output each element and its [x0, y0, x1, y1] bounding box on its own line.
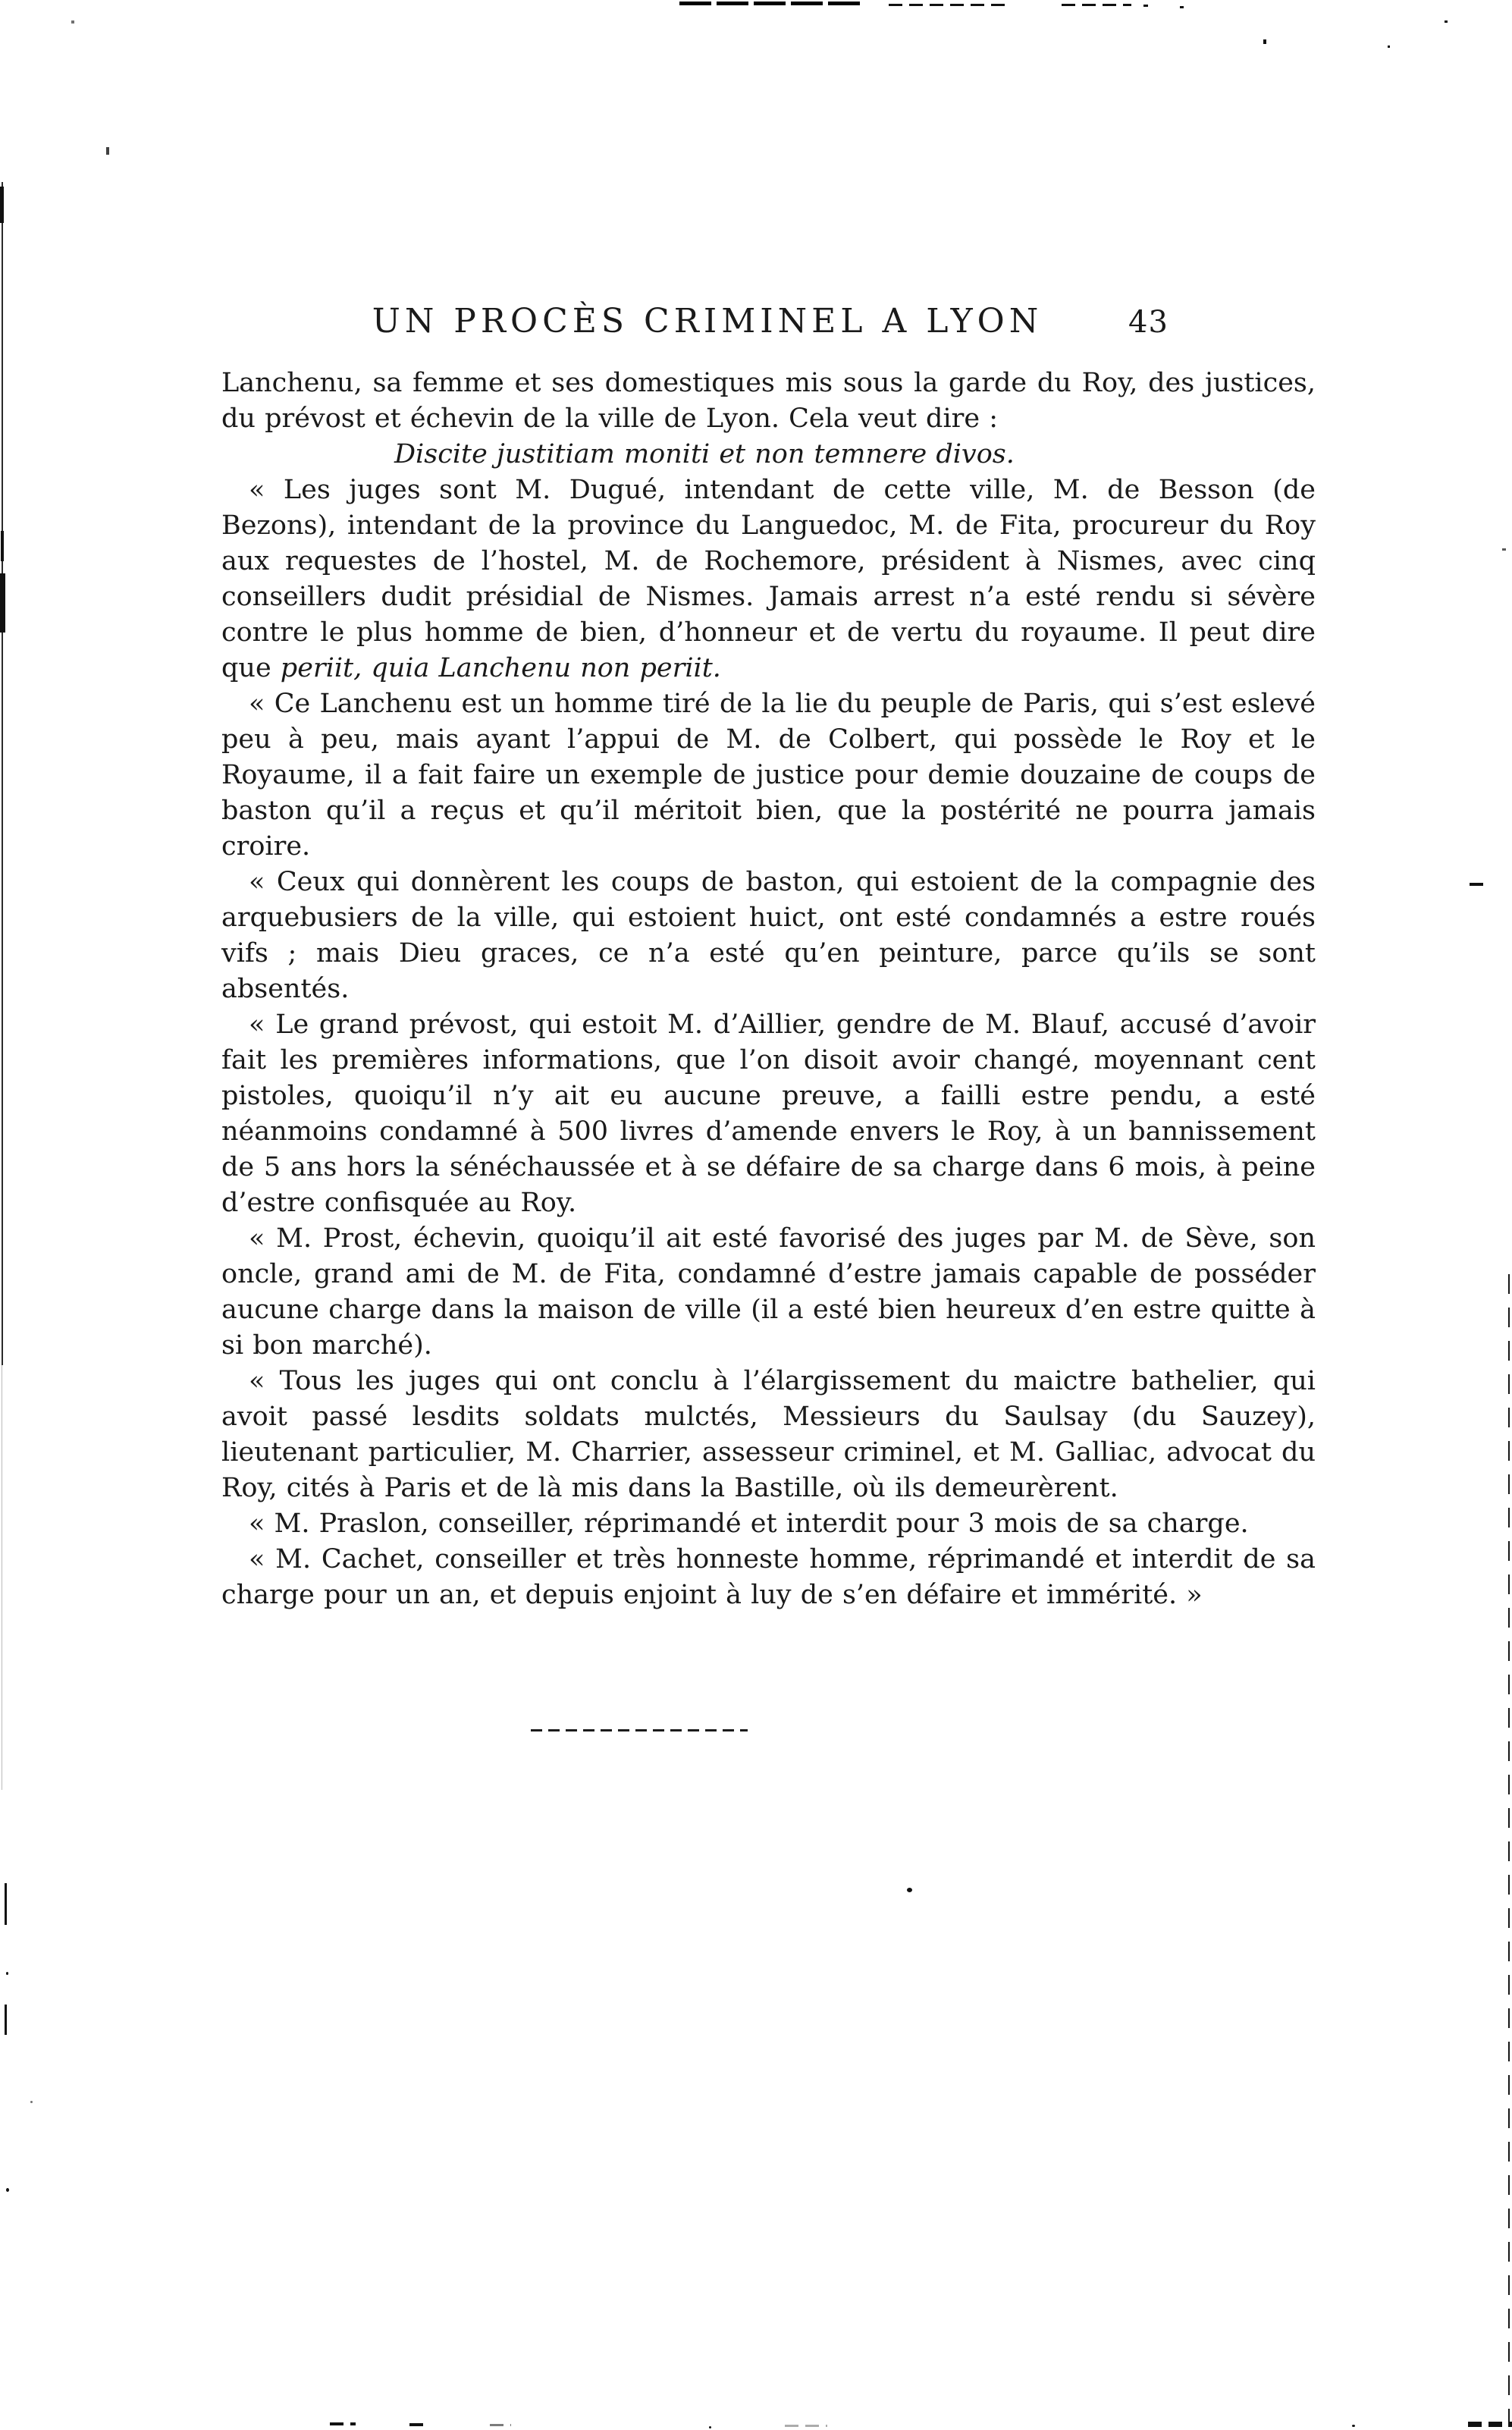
paragraph-p5: « Ceux qui donnèrent les coups de baston…: [221, 865, 1316, 1007]
bottom-edge-dash-artifact: [785, 2425, 827, 2427]
speck-artifact: [71, 20, 74, 24]
speck-artifact: [1502, 548, 1506, 551]
text-segment: « M. Praslon, conseiller, réprimandé et …: [249, 1509, 1249, 1539]
speck-artifact: [1388, 46, 1390, 48]
text-segment: « Les juges sont M. Dugué, intendant de …: [221, 475, 1316, 683]
paragraph-p6: « Le grand prévost, qui estoit M. d’Aill…: [221, 1007, 1316, 1221]
speck-artifact: [1180, 6, 1184, 8]
page-number: 43: [1128, 305, 1169, 340]
top-edge-line-artifact: [889, 4, 1010, 6]
right-margin-dash-artifact: [1470, 883, 1488, 886]
left-edge-blob-artifact: [5, 2005, 7, 2035]
left-edge-line-artifact: [2, 182, 3, 1365]
text-segment: Lanchenu, sa femme et ses domestiques mi…: [221, 368, 1316, 434]
paragraph-p7: « M. Prost, échevin, quoiqu’il ait esté …: [221, 1221, 1316, 1364]
left-edge-blob-artifact: [5, 1883, 7, 1925]
text-segment: « M. Prost, échevin, quoiqu’il ait esté …: [221, 1223, 1316, 1361]
speck-artifact: [1143, 5, 1148, 7]
speck-artifact: [106, 147, 109, 155]
speck-artifact: [709, 2426, 711, 2428]
running-header-title: UN PROCÈS CRIMINEL A LYON: [0, 302, 1415, 341]
speck-artifact: [30, 2101, 33, 2103]
paragraph-p9: « M. Praslon, conseiller, réprimandé et …: [221, 1506, 1316, 1542]
bottom-edge-dash-artifact: [490, 2424, 511, 2426]
bottom-edge-dash-artifact: [330, 2422, 356, 2425]
paragraph-p3: « Les juges sont M. Dugué, intendant de …: [221, 472, 1316, 686]
text-segment: « Le grand prévost, qui estoit M. d’Aill…: [221, 1009, 1316, 1218]
italic-text-segment: Discite justitiam moniti et non temnere …: [394, 439, 1015, 469]
top-edge-line-artifact: [1062, 4, 1131, 6]
top-edge-line-artifact: [679, 2, 861, 5]
speck-artifact: [1263, 39, 1266, 44]
italic-text-segment: periit, quia Lanchenu non periit.: [281, 653, 721, 683]
speck-artifact: [1352, 2425, 1355, 2427]
bottom-edge-dash-artifact: [409, 2423, 429, 2426]
text-segment: « Tous les juges qui ont conclu à l’élar…: [221, 1366, 1316, 1503]
text-segment: « Ceux qui donnèrent les coups de baston…: [221, 867, 1316, 1004]
left-edge-blob-artifact: [0, 573, 5, 633]
speck-artifact: [6, 1972, 8, 1975]
text-segment: « M. Cachet, conseiller et très honneste…: [221, 1544, 1316, 1610]
left-edge-blob-artifact: [1, 531, 4, 561]
speck-artifact: [1445, 20, 1448, 23]
left-edge-line-artifact: [2, 1365, 2, 1790]
paragraph-p4: « Ce Lanchenu est un homme tiré de la li…: [221, 686, 1316, 865]
paragraph-p10: « M. Cachet, conseiller et très honneste…: [221, 1542, 1316, 1613]
paragraph-p8: « Tous les juges qui ont conclu à l’élar…: [221, 1364, 1316, 1506]
bottom-corner-dash-artifact: [1468, 2422, 1512, 2427]
speck-artifact: [6, 2188, 9, 2192]
text-segment: « Ce Lanchenu est un homme tiré de la li…: [221, 689, 1316, 862]
right-edge-line-artifact: [1508, 1274, 1510, 2427]
page-text-block: Lanchenu, sa femme et ses domestiques mi…: [221, 366, 1316, 1613]
left-edge-blob-artifact: [0, 187, 4, 223]
paragraph-p1: Lanchenu, sa femme et ses domestiques mi…: [221, 366, 1316, 437]
paragraph-latin-quote: Discite justitiam moniti et non temnere …: [221, 437, 1316, 472]
dot-artifact: [907, 1888, 912, 1892]
dashed-separator-rule: [531, 1729, 748, 1731]
